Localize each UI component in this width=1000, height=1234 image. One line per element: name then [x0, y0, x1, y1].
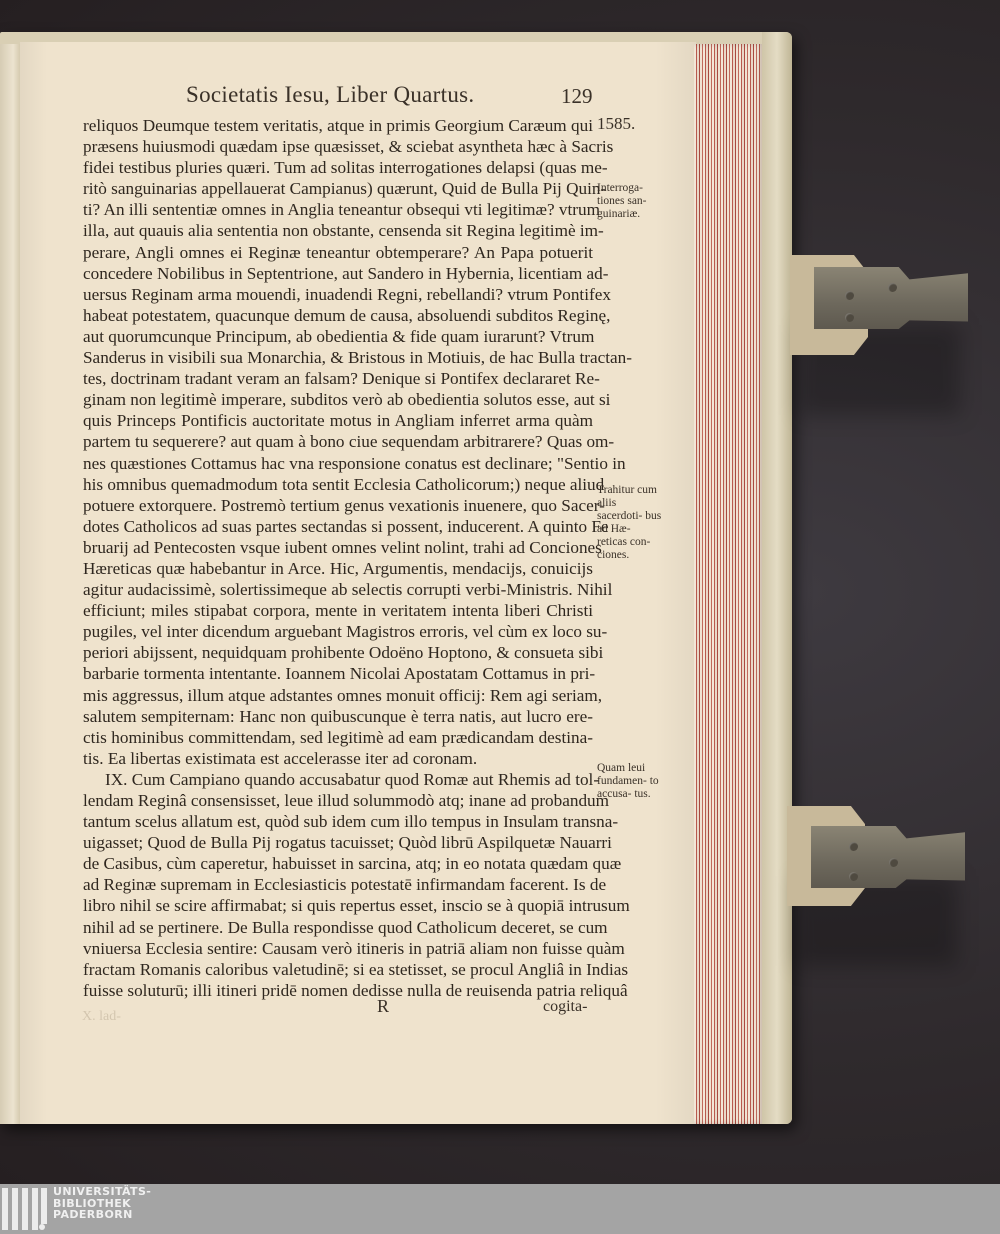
text-line: tis. Ea libertas existimata est accelera… [83, 748, 593, 769]
marginal-note: Interroga- tiones san- guinariæ. [597, 182, 663, 221]
text-line: salutem sempiternam: Hanc non quibuscunq… [83, 706, 593, 727]
text-line: quis Princeps Pontificis auctoritate mot… [83, 410, 593, 431]
text-line: fidei testibus pluries quæri. Tum ad sol… [83, 157, 593, 178]
marginal-year: 1585. [597, 114, 635, 134]
text-line: pugiles, vel inter dicendum arguebant Ma… [83, 621, 593, 642]
text-line: habeat potestatem, quacunque demum de ca… [83, 305, 593, 326]
text-line: Sanderus in visibili sua Monarchia, & Br… [83, 347, 593, 368]
text-line: de Casibus, cùm caperetur, habuisset in … [83, 853, 593, 874]
show-through-text: X. lad- [82, 1009, 121, 1025]
text-line: agitur audacissimè, solertissimeque ab s… [83, 579, 593, 600]
text-line: reliquos Deumque testem veritatis, atque… [83, 115, 593, 136]
text-line: partem tu sequerere? aut quam à bono ciu… [83, 431, 593, 452]
page-number: 129 [561, 84, 593, 109]
marginal-note: Trahitur cum aliis sacerdoti- bus ad Hæ-… [597, 484, 663, 562]
section-start-line: IX. Cum Campiano quando accusabatur quod… [83, 769, 593, 790]
signature-mark: R [377, 996, 389, 1017]
text-line: potuere extorquere. Postremò tertium gen… [83, 495, 593, 516]
text-line: illa, aut quauis alia sententia non obst… [83, 220, 593, 241]
rivet-icon [888, 283, 897, 292]
text-line: vniuersa Ecclesia sentire: Causam verò i… [83, 938, 593, 959]
text-line: tes, doctrinam tradant veram an falsam? … [83, 368, 593, 389]
text-line: lendam Reginâ consensisset, leue illud s… [83, 790, 593, 811]
running-head: Societatis Iesu, Liber Quartus. [186, 82, 474, 108]
marginal-note: Quam leui fundamen- to accusa- tus. [597, 762, 663, 801]
text-line: periori abijssent, nequidquam prohibente… [83, 642, 593, 663]
text-line: perare, Angli omnes ei Reginæ teneantur … [83, 242, 593, 263]
text-line: tantum scelus allatum est, quòd sub idem… [83, 811, 593, 832]
upper-clasp [790, 255, 970, 355]
text-line: barbarie tormenta intentante. Ioannem Ni… [83, 663, 593, 684]
rivet-icon [845, 313, 854, 322]
cover-board-edge [762, 32, 792, 1124]
text-line: aut quorumcunque Principum, ab obedienti… [83, 326, 593, 347]
catchword: cogita- [543, 998, 587, 1016]
text-line: fuisse soluturū; illi itineri pridē nome… [83, 980, 593, 1001]
text-line: Hæreticas quæ habebantur in Arce. Hic, A… [83, 558, 593, 579]
text-line: uersus Reginam arma mouendi, inuadendi R… [83, 284, 593, 305]
text-line: ginam non legitimè imperare, subditos ve… [83, 389, 593, 410]
text-line: præsens huiusmodi quædam ipse quæsisset,… [83, 136, 593, 157]
body-text: reliquos Deumque testem veritatis, atque… [83, 115, 593, 1001]
text-line: fractam Romanis caloribus valetudinē; si… [83, 959, 593, 980]
logo-line: UNIVERSITÄTS- [53, 1186, 151, 1198]
text-line: ad Reginæ supremam in Ecclesiasticis pot… [83, 874, 593, 895]
logo-line: PADERBORN [53, 1209, 151, 1221]
lower-clasp [787, 806, 967, 906]
text-line: ritò sanguinarias appellauerat Campianus… [83, 178, 593, 199]
red-fore-edge [694, 44, 764, 1124]
rivet-icon [849, 872, 858, 881]
text-line: dotes Catholicos ad suas partes sectanda… [83, 516, 593, 537]
text-line: concedere Nobilibus in Septentrione, aut… [83, 263, 593, 284]
left-page-edge [0, 44, 22, 1124]
text-line: nes quæstiones Cottamus hac vna responsi… [83, 453, 593, 474]
rivet-icon [845, 291, 854, 300]
text-line: ti? An illi sententiæ omnes in Anglia te… [83, 199, 593, 220]
logo-dot-icon [39, 1224, 45, 1230]
text-line: libro nihil se scire affirmabat; si quis… [83, 895, 593, 916]
text-line: bruarij ad Pentecosten vsque iubent omne… [83, 537, 593, 558]
text-line: nihil ad se pertinere. De Bulla respondi… [83, 917, 593, 938]
library-logo-text: UNIVERSITÄTS- BIBLIOTHEK PADERBORN [53, 1186, 151, 1221]
text-line: his omnibus quemadmodum tota sentit Eccl… [83, 474, 593, 495]
text-line: ctis hominibus committendam, sed legitim… [83, 727, 593, 748]
text-line: mis aggressus, illum atque adstantes omn… [83, 685, 593, 706]
rivet-icon [849, 842, 858, 851]
clasp-metal-plate [811, 826, 965, 888]
rivet-icon [889, 858, 898, 867]
clasp-metal-plate [814, 267, 968, 329]
text-line: efficiunt; miles stipabat corpora, mente… [83, 600, 593, 621]
text-line: uigasset; Quod de Bulla Pij rogatus tacu… [83, 832, 593, 853]
